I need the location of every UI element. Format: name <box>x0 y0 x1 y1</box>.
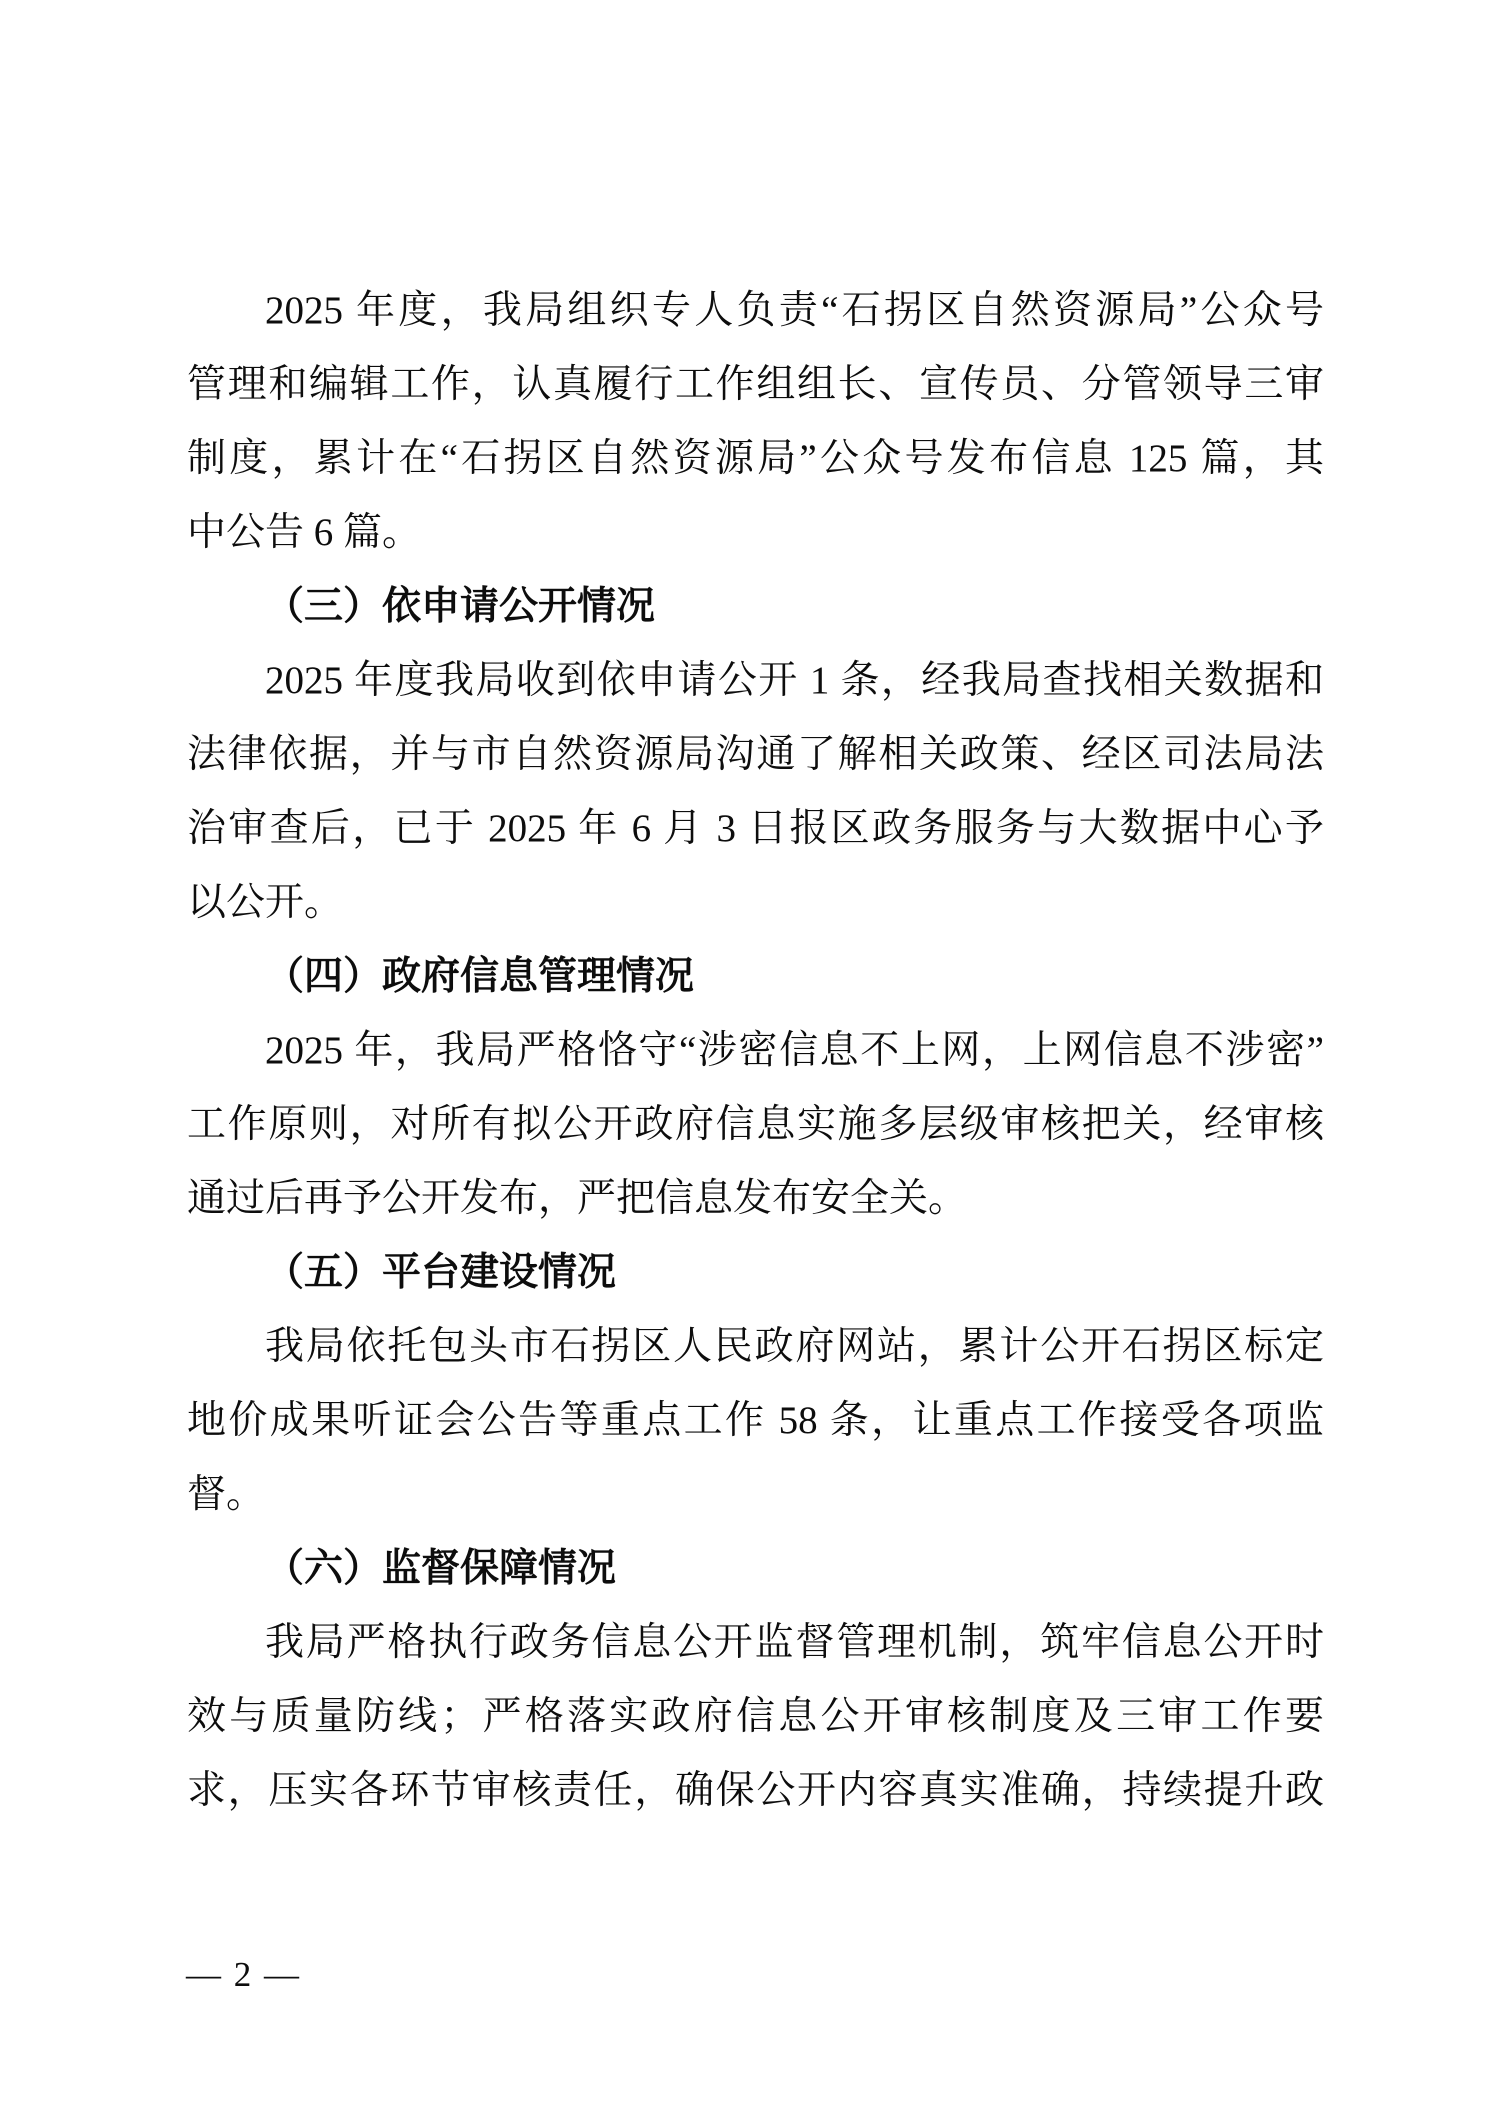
paragraph-wechat-account: 2025 年度，我局组织专人负责“石拐区自然资源局”公众号 管理和编辑工作，认真… <box>187 274 1324 570</box>
text-line: 管理和编辑工作，认真履行工作组组长、宣传员、分管领导三审 <box>187 348 1324 422</box>
text-line: 我局依托包头市石拐区人民政府网站，累计公开石拐区标定 <box>187 1310 1324 1384</box>
paragraph-supervision-guarantee: 我局严格执行政务信息公开监督管理机制，筑牢信息公开时 效与质量防线；严格落实政府… <box>187 1606 1324 1828</box>
text-line: 效与质量防线；严格落实政府信息公开审核制度及三审工作要 <box>187 1680 1324 1754</box>
paragraph-information-management: 2025 年，我局严格恪守“涉密信息不上网，上网信息不涉密” 工作原则，对所有拟… <box>187 1014 1324 1236</box>
text-line: 求，压实各环节审核责任，确保公开内容真实准确，持续提升政 <box>187 1754 1324 1828</box>
section-heading-5: （五）平台建设情况 <box>187 1236 1324 1310</box>
text-line: 中公告 6 篇。 <box>187 496 1324 570</box>
paragraph-platform-construction: 我局依托包头市石拐区人民政府网站，累计公开石拐区标定 地价成果听证会公告等重点工… <box>187 1310 1324 1532</box>
text-line: 法律依据，并与市自然资源局沟通了解相关政策、经区司法局法 <box>187 718 1324 792</box>
text-line: 通过后再予公开发布，严把信息发布安全关。 <box>187 1162 1324 1236</box>
text-line: 以公开。 <box>187 866 1324 940</box>
page-number: — 2 — <box>186 1955 301 1995</box>
section-heading-4: （四）政府信息管理情况 <box>187 940 1324 1014</box>
document-body: 2025 年度，我局组织专人负责“石拐区自然资源局”公众号 管理和编辑工作，认真… <box>187 274 1324 1828</box>
text-line: 2025 年度，我局组织专人负责“石拐区自然资源局”公众号 <box>187 274 1324 348</box>
paragraph-application-disclosure: 2025 年度我局收到依申请公开 1 条，经我局查找相关数据和 法律依据，并与市… <box>187 644 1324 940</box>
section-heading-6: （六）监督保障情况 <box>187 1532 1324 1606</box>
text-line: 我局严格执行政务信息公开监督管理机制，筑牢信息公开时 <box>187 1606 1324 1680</box>
text-line: 治审查后，已于 2025 年 6 月 3 日报区政务服务与大数据中心予 <box>187 792 1324 866</box>
text-line: 制度，累计在“石拐区自然资源局”公众号发布信息 125 篇，其 <box>187 422 1324 496</box>
text-line: 工作原则，对所有拟公开政府信息实施多层级审核把关，经审核 <box>187 1088 1324 1162</box>
section-heading-3: （三）依申请公开情况 <box>187 570 1324 644</box>
text-line: 督。 <box>187 1458 1324 1532</box>
text-line: 2025 年，我局严格恪守“涉密信息不上网，上网信息不涉密” <box>187 1014 1324 1088</box>
text-line: 地价成果听证会公告等重点工作 58 条，让重点工作接受各项监 <box>187 1384 1324 1458</box>
document-page: 2025 年度，我局组织专人负责“石拐区自然资源局”公众号 管理和编辑工作，认真… <box>0 0 1486 2103</box>
text-line: 2025 年度我局收到依申请公开 1 条，经我局查找相关数据和 <box>187 644 1324 718</box>
